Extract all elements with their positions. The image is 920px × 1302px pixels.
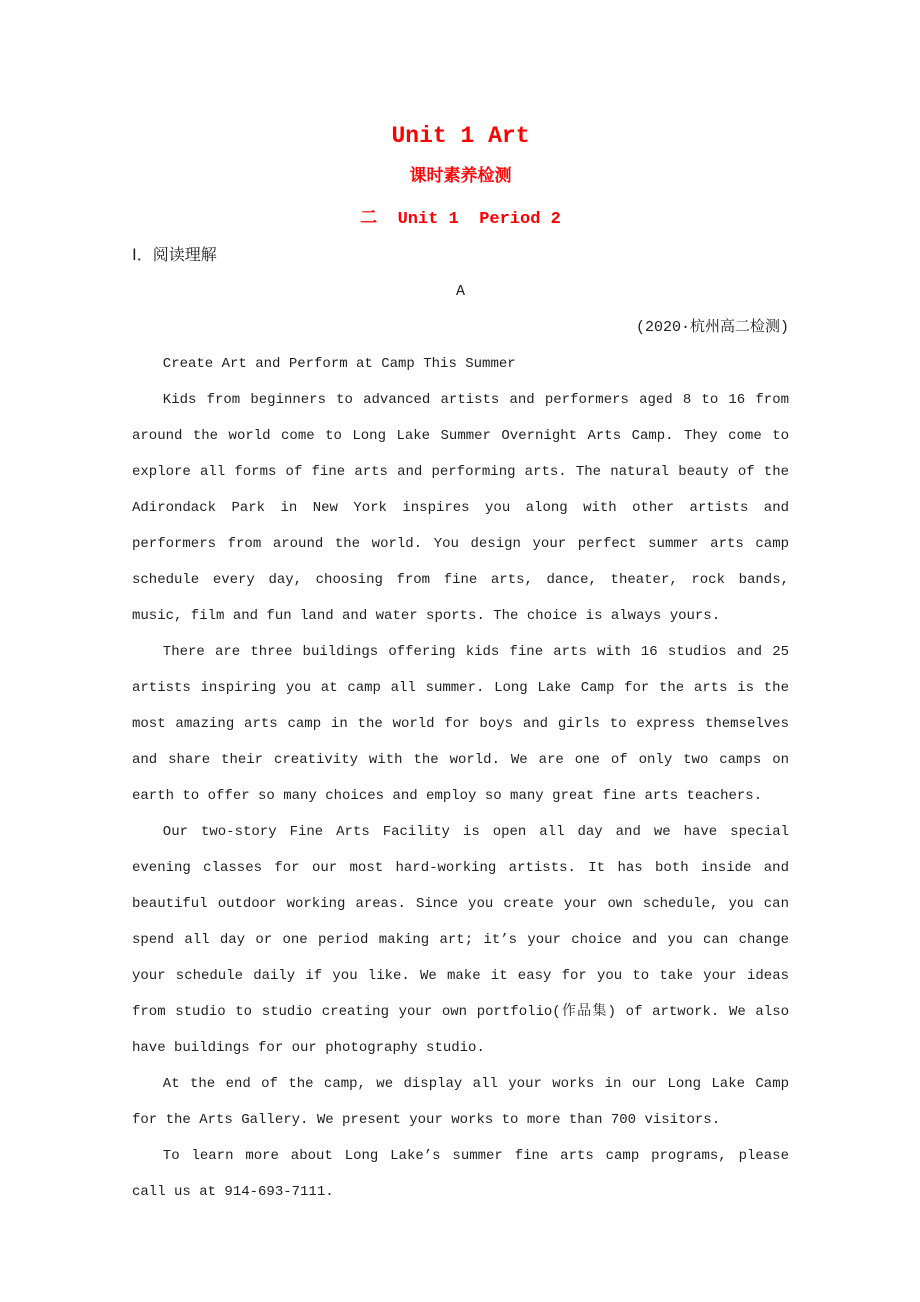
passage-paragraph: There are three buildings offering kids … — [132, 634, 789, 814]
passage-source: (2020·杭州高二检测) — [132, 310, 789, 346]
passage-body: Create Art and Perform at Camp This Summ… — [132, 346, 789, 1210]
document-page: Unit 1 Art 课时素养检测 二 Unit 1 Period 2 Ⅰ．阅读… — [0, 0, 920, 1302]
exercise-heading: 二 Unit 1 Period 2 — [132, 202, 789, 238]
passage-paragraph: Kids from beginners to advanced artists … — [132, 382, 789, 634]
passage-paragraph: At the end of the camp, we display all y… — [132, 1066, 789, 1138]
passage-paragraph: Our two-story Fine Arts Facility is open… — [132, 814, 789, 1066]
document-subtitle: 课时素养检测 — [132, 160, 789, 196]
document-title: Unit 1 Art — [132, 118, 789, 154]
passage-paragraph-title: Create Art and Perform at Camp This Summ… — [132, 346, 789, 382]
section-heading-reading-comprehension: Ⅰ．阅读理解 — [132, 238, 789, 274]
passage-label: A — [132, 274, 789, 310]
passage-paragraph: To learn more about Long Lake’s summer f… — [132, 1138, 789, 1210]
